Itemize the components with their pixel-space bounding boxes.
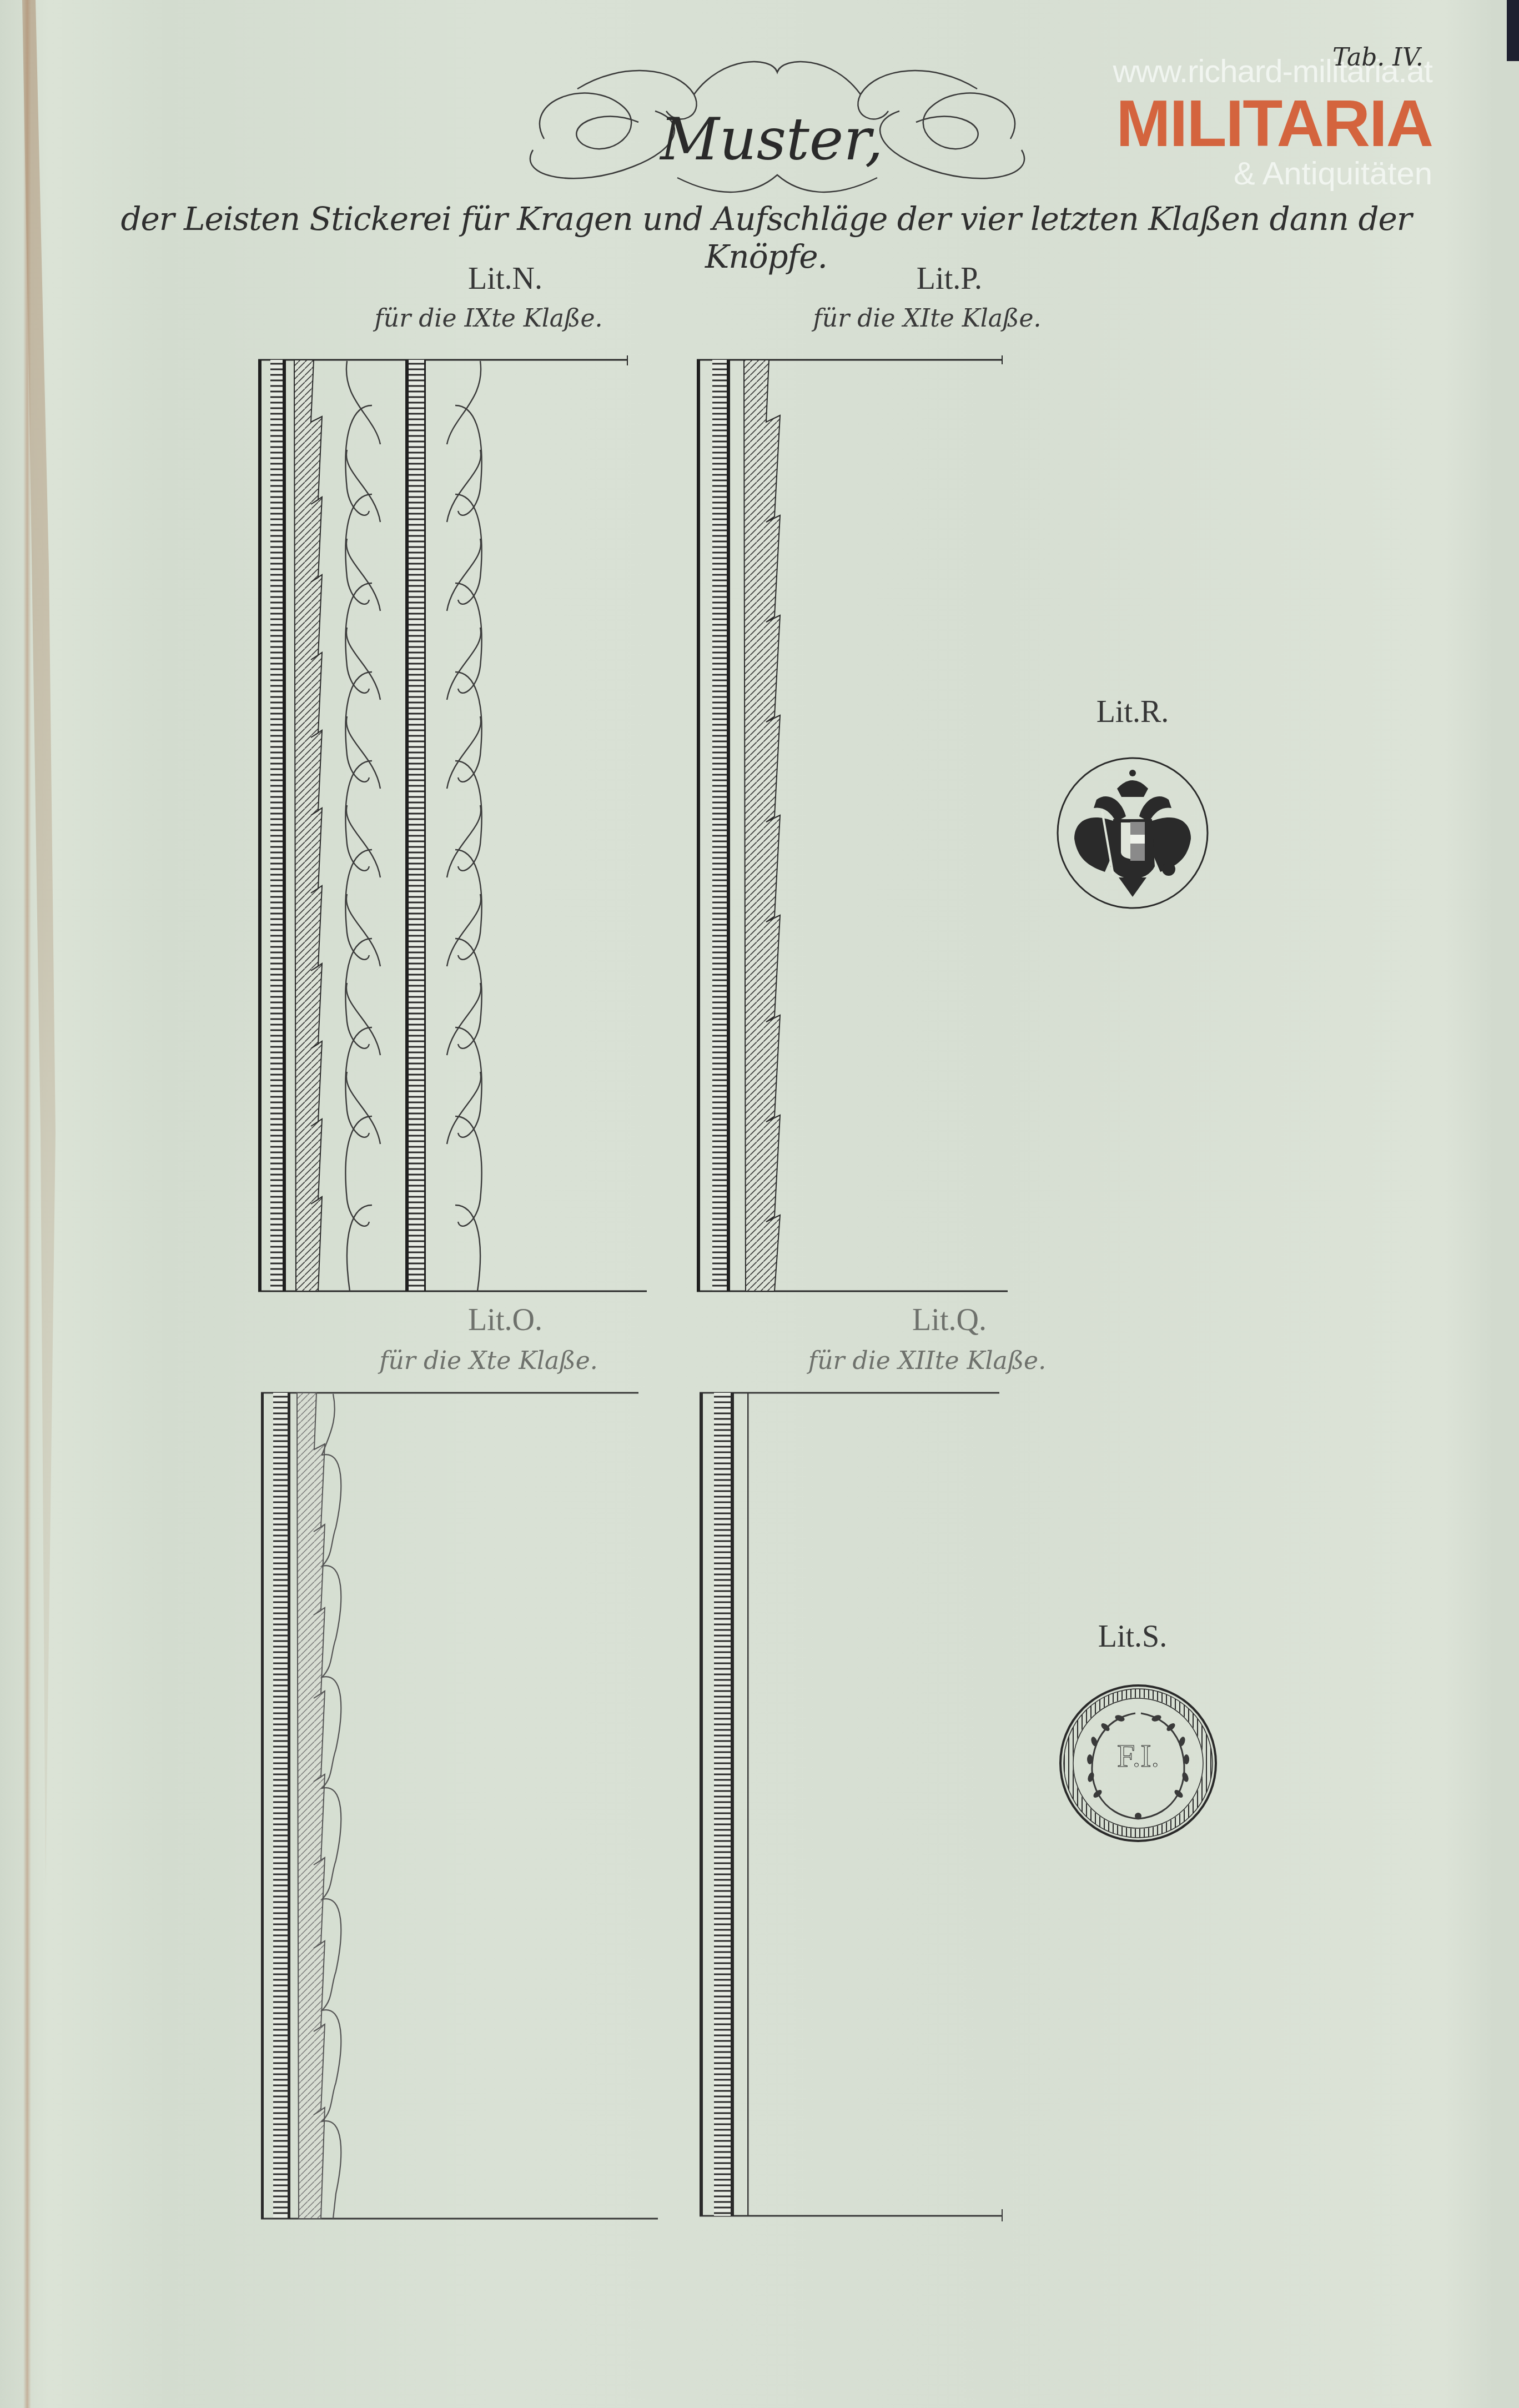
button-s-label: Lit.S. <box>1049 1619 1216 1654</box>
scanned-plate-page: Tab. IV. Muster, der Leisten Stickerei f… <box>0 0 1519 2408</box>
embroidery-strip-n <box>258 355 647 1300</box>
watermark-brand: MILITARIA <box>988 91 1432 157</box>
pattern-q-class: für die XIIte Klaße. <box>788 1347 1066 1375</box>
embroidery-strip-p <box>697 355 1008 1300</box>
double-headed-eagle-icon <box>1055 755 1210 911</box>
plate-subtitle: der Leisten Stickerei für Kragen und Auf… <box>83 200 1449 275</box>
pattern-p-label: Lit.P. <box>866 261 1033 297</box>
pattern-n-class: für die IXte Klaße. <box>350 304 627 333</box>
embroidery-strip-o <box>261 1388 661 2221</box>
watermark-url: www.richard-militaria.at <box>988 56 1432 88</box>
embroidery-strip-q <box>700 1388 1010 2221</box>
plate-title: Muster, <box>655 106 888 173</box>
pattern-p-class: für die XIte Klaße. <box>788 304 1066 333</box>
pattern-q-label: Lit.Q. <box>866 1302 1033 1338</box>
watermark: www.richard-militaria.at MILITARIA & Ant… <box>988 56 1432 190</box>
pattern-o-label: Lit.O. <box>422 1302 589 1338</box>
pattern-n-label: Lit.N. <box>422 261 589 297</box>
button-monogram: F.I. <box>1110 1737 1166 1774</box>
watermark-subtitle: & Antiquitäten <box>988 158 1432 190</box>
button-r-label: Lit.R. <box>1049 694 1216 730</box>
scan-edge-shadow <box>1507 0 1519 61</box>
pattern-o-class: für die Xte Klaße. <box>350 1347 627 1375</box>
